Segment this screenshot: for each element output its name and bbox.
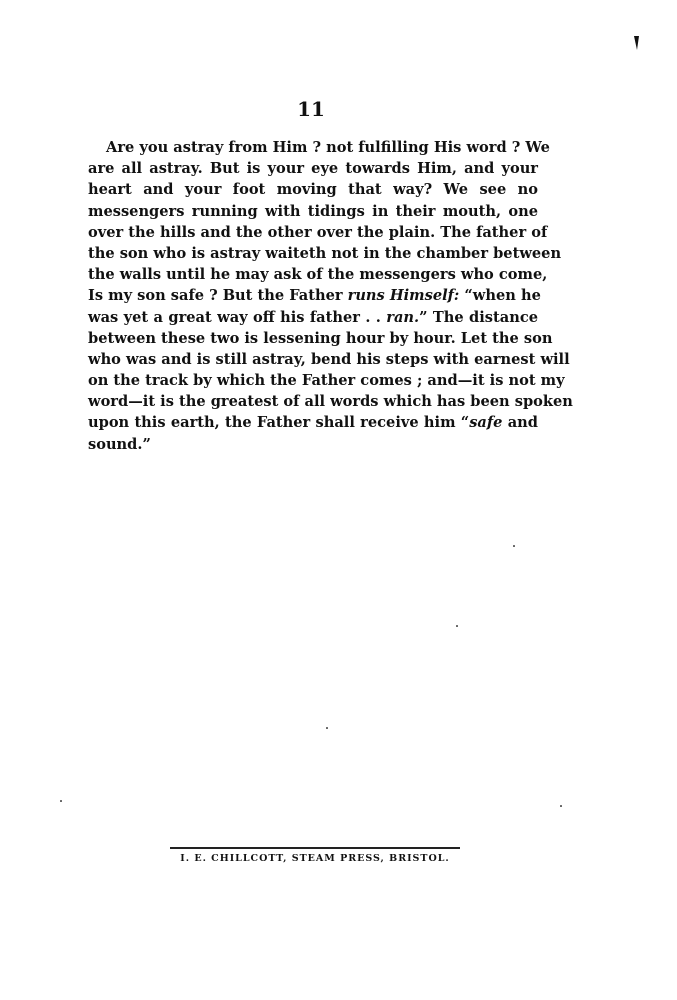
footer-rule xyxy=(170,847,460,849)
italic-emphasis: ran. xyxy=(386,309,419,326)
italic-emphasis: safe xyxy=(469,414,502,431)
text-line: Are you astray from Him ? not fulfilling… xyxy=(88,137,538,158)
text-line: Is my son safe ? But the Father runs Him… xyxy=(88,285,538,306)
text-line: upon this earth, the Father shall receiv… xyxy=(88,412,538,433)
text-line: the walls until he may ask of the messen… xyxy=(88,264,538,285)
margin-mark xyxy=(634,36,639,50)
printer-imprint: I. E. CHILLCOTT, STEAM PRESS, BRISTOL. xyxy=(170,853,460,864)
text-line: messengers running with tidings in their… xyxy=(88,201,538,222)
page-number: 11 xyxy=(0,97,622,121)
text-line: the son who is astray waiteth not in the… xyxy=(88,243,538,264)
text-line: word—it is the greatest of all words whi… xyxy=(88,391,538,412)
text-line: between these two is lessening hour by h… xyxy=(88,328,538,349)
paper-speck xyxy=(326,727,328,729)
text-line: on the track by which the Father comes ;… xyxy=(88,370,538,391)
text-line: heart and your foot moving that way? We … xyxy=(88,179,538,200)
paper-speck xyxy=(513,545,515,547)
text-line: over the hills and the other over the pl… xyxy=(88,222,538,243)
italic-emphasis: runs Himself: xyxy=(348,287,460,304)
body-paragraph: Are you astray from Him ? not fulfilling… xyxy=(88,137,538,455)
text-line: sound.” xyxy=(88,434,538,455)
paper-speck xyxy=(456,625,458,627)
text-line: who was and is still astray, bend his st… xyxy=(88,349,538,370)
paper-speck xyxy=(560,805,562,807)
paper-speck xyxy=(60,800,62,802)
text-line: are all astray. But is your eye towards … xyxy=(88,158,538,179)
text-line: was yet a great way off his father . . r… xyxy=(88,307,538,328)
